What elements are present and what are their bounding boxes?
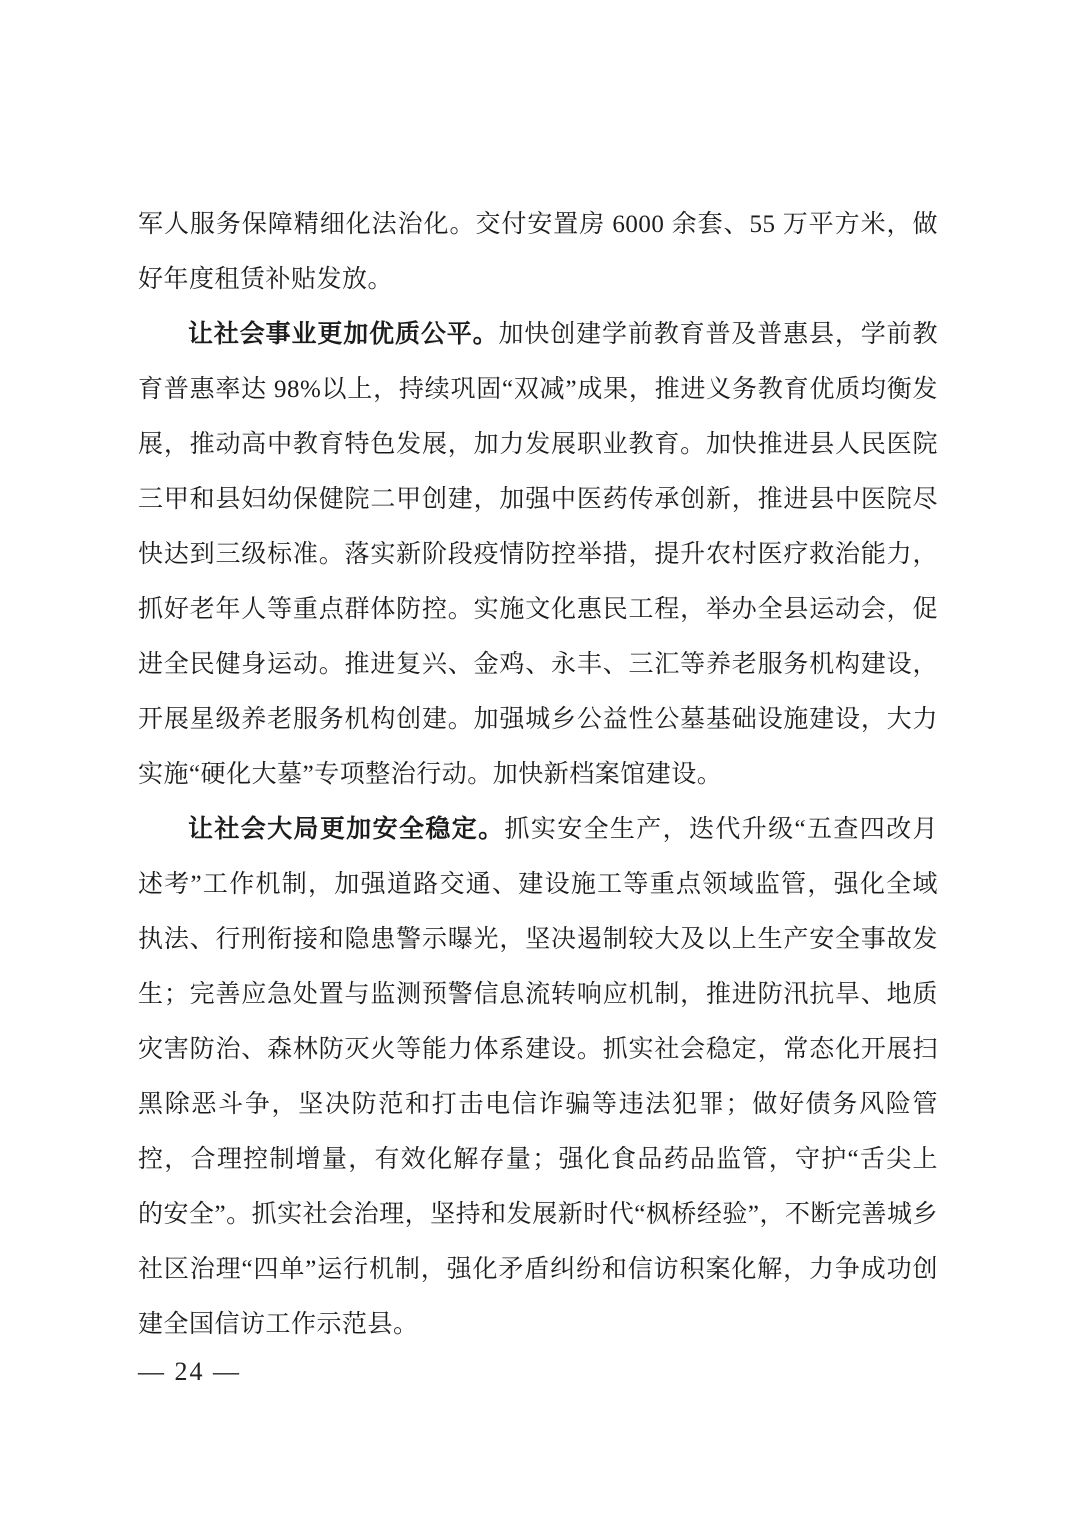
paragraph-continuation: 军人服务保障精细化法治化。交付安置房 6000 余套、55 万平方米，做好年度租…: [138, 197, 938, 307]
paragraph-social-programs: 让社会事业更加优质公平。加快创建学前教育普及普惠县，学前教育普惠率达 98%以上…: [138, 307, 938, 802]
paragraph-body: 军人服务保障精细化法治化。交付安置房 6000 余套、55 万平方米，做好年度租…: [138, 211, 938, 293]
document-page: 军人服务保障精细化法治化。交付安置房 6000 余套、55 万平方米，做好年度租…: [0, 0, 1074, 1520]
paragraph-social-stability: 让社会大局更加安全稳定。抓实安全生产，迭代升级“五查四改月述考”工作机制，加强道…: [138, 802, 938, 1352]
page-content: 军人服务保障精细化法治化。交付安置房 6000 余套、55 万平方米，做好年度租…: [138, 197, 938, 1352]
paragraph-body: 抓实安全生产，迭代升级“五查四改月述考”工作机制，加强道路交通、建设施工等重点领…: [138, 816, 938, 1338]
paragraph-lead: 让社会事业更加优质公平。: [188, 321, 499, 348]
page-number: — 24 —: [138, 1352, 241, 1392]
paragraph-body: 加快创建学前教育普及普惠县，学前教育普惠率达 98%以上，持续巩固“双减”成果，…: [138, 321, 938, 788]
paragraph-lead: 让社会大局更加安全稳定。: [188, 816, 504, 843]
